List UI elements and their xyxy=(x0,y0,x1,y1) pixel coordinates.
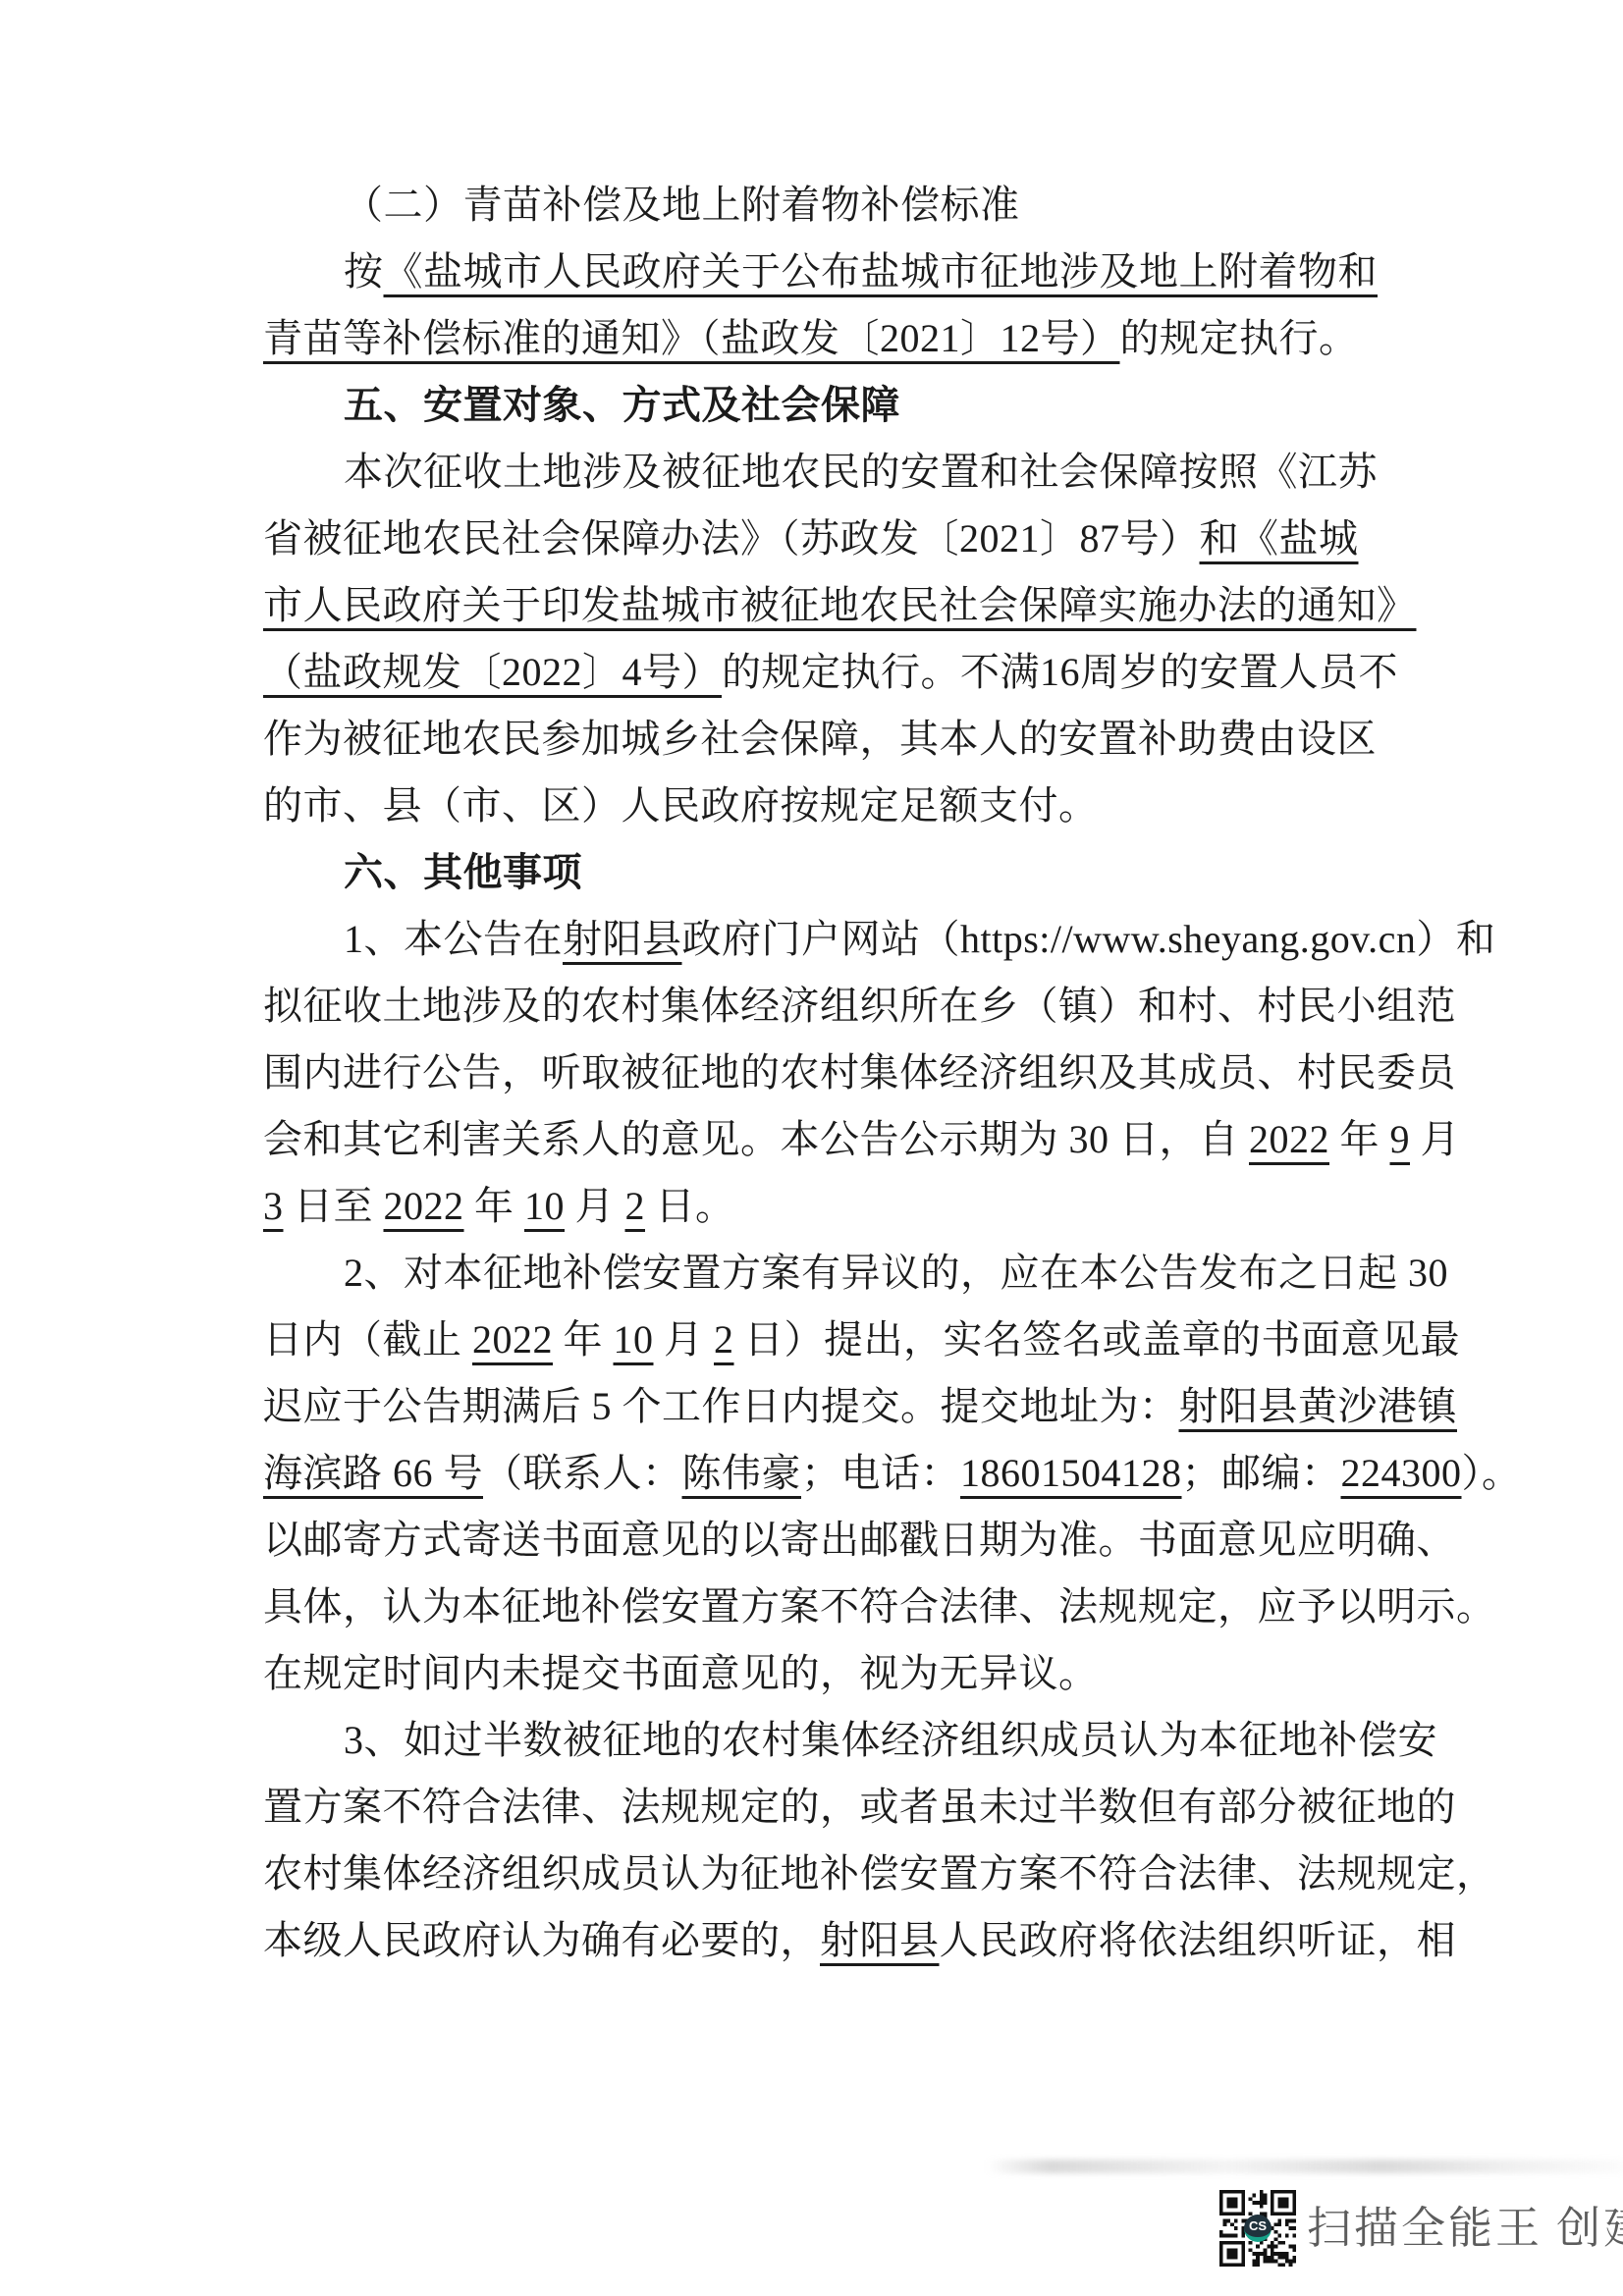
qr-code-icon: CS xyxy=(1219,2190,1296,2267)
document-line: 3 日至 2022 年 10 月 2 日。 xyxy=(263,1173,1353,1240)
camscanner-logo-badge: CS xyxy=(1244,2215,1271,2242)
text-run: 年 xyxy=(1329,1117,1390,1161)
document-line: 拟征收土地涉及的农村集体经济组织所在乡（镇）和村、村民小组范 xyxy=(263,973,1353,1040)
document-line: （盐政规发〔2022〕4号）的规定执行。不满16周岁的安置人员不 xyxy=(263,639,1353,706)
document-line: 本级人民政府认为确有必要的，射阳县人民政府将依法组织听证，相 xyxy=(263,1907,1353,1974)
underlined-text-run: 海滨路 66 号 xyxy=(263,1451,483,1495)
underlined-text-run: 陈伟豪 xyxy=(682,1451,802,1495)
scan-streak-artifact xyxy=(987,2160,1623,2173)
text-run: 的规定执行。 xyxy=(1120,316,1359,360)
underlined-text-run: 射阳县 xyxy=(820,1918,940,1962)
text-run: 月 xyxy=(565,1184,625,1228)
document-line: 农村集体经济组织成员认为征地补偿安置方案不符合法律、法规规定， xyxy=(263,1841,1353,1907)
text-run: 会和其它利害关系人的意见。本公告公示期为 30 日，自 xyxy=(263,1117,1249,1161)
text-run: 日内（截止 xyxy=(263,1317,472,1362)
text-run: 农村集体经济组织成员认为征地补偿安置方案不符合法律、法规规定， xyxy=(263,1851,1496,1896)
text-run: 的市、县（市、区）人民政府按规定足额支付。 xyxy=(263,783,1099,828)
text-run: ；邮编： xyxy=(1182,1451,1341,1495)
underlined-text-run: 2022 xyxy=(472,1317,553,1362)
document-heading-line: 六、其他事项 xyxy=(263,839,1353,906)
document-body: （二）青苗补偿及地上附着物补偿标准按《盐城市人民政府关于公布盐城市征地涉及地上附… xyxy=(263,172,1353,1974)
underlined-text-run: 10 xyxy=(614,1317,654,1362)
text-run: 日）提出，实名签名或盖章的书面意见最 xyxy=(734,1317,1461,1362)
document-line: 2、对本征地补偿安置方案有异议的，应在本公告发布之日起 30 xyxy=(263,1240,1353,1307)
text-run: 按 xyxy=(344,249,384,294)
document-line: 省被征地农民社会保障办法》（苏政发〔2021〕87号）和《盐城 xyxy=(263,506,1353,572)
document-line: 作为被征地农民参加城乡社会保障，其本人的安置补助费由设区 xyxy=(263,706,1353,773)
text-run: （二）青苗补偿及地上附着物补偿标准 xyxy=(344,183,1020,227)
underlined-text-run: 2 xyxy=(625,1184,646,1228)
text-run: 的规定执行。不满16周岁的安置人员不 xyxy=(722,650,1398,694)
text-run: 在规定时间内未提交书面意见的，视为无异议。 xyxy=(263,1651,1099,1695)
underlined-text-run: 市人民政府关于印发盐城市被征地农民社会保障实施办法的通知》 xyxy=(263,583,1417,627)
document-line: 的市、县（市、区）人民政府按规定足额支付。 xyxy=(263,773,1353,839)
text-run: 围内进行公告，听取被征地的农村集体经济组织及其成员、村民委员 xyxy=(263,1050,1456,1095)
underlined-text-run: 2022 xyxy=(1249,1117,1329,1161)
document-line: 市人民政府关于印发盐城市被征地农民社会保障实施办法的通知》 xyxy=(263,572,1353,639)
document-line: 海滨路 66 号（联系人：陈伟豪；电话：18601504128；邮编：22430… xyxy=(263,1440,1353,1507)
text-run: 本级人民政府认为确有必要的， xyxy=(263,1918,820,1962)
document-line: 按《盐城市人民政府关于公布盐城市征地涉及地上附着物和 xyxy=(263,239,1353,305)
underlined-text-run: 和《盐城 xyxy=(1200,516,1359,561)
document-line: 青苗等补偿标准的通知》（盐政发〔2021〕12号）的规定执行。 xyxy=(263,305,1353,372)
text-run: ；电话： xyxy=(801,1451,960,1495)
underlined-text-run: 射阳县 xyxy=(563,917,682,961)
text-run: （联系人： xyxy=(483,1451,682,1495)
document-line: 日内（截止 2022 年 10 月 2 日）提出，实名签名或盖章的书面意见最 xyxy=(263,1307,1353,1373)
underlined-text-run: 射阳县黄沙港镇 xyxy=(1179,1384,1458,1428)
text-run: 日。 xyxy=(645,1184,735,1228)
document-line: （二）青苗补偿及地上附着物补偿标准 xyxy=(263,172,1353,239)
text-run: 1、本公告在 xyxy=(344,917,563,961)
document-line: 会和其它利害关系人的意见。本公告公示期为 30 日，自 2022 年 9 月 xyxy=(263,1106,1353,1173)
document-line: 迟应于公告期满后 5 个工作日内提交。提交地址为：射阳县黄沙港镇 xyxy=(263,1373,1353,1440)
text-run: 省被征地农民社会保障办法》（苏政发〔2021〕87号） xyxy=(263,516,1200,561)
document-line: 置方案不符合法律、法规规定的，或者虽未过半数但有部分被征地的 xyxy=(263,1774,1353,1841)
underlined-text-run: 《盐城市人民政府关于公布盐城市征地涉及地上附着物和 xyxy=(384,249,1379,294)
text-run: 月 xyxy=(654,1317,715,1362)
document-heading-line: 五、安置对象、方式及社会保障 xyxy=(263,372,1353,439)
text-run: ）。 xyxy=(1462,1451,1522,1495)
document-line: 以邮寄方式寄送书面意见的以寄出邮戳日期为准。书面意见应明确、 xyxy=(263,1507,1353,1574)
underlined-text-run: 2 xyxy=(714,1317,734,1362)
text-run: 日至 xyxy=(284,1184,384,1228)
scanned-page: （二）青苗补偿及地上附着物补偿标准按《盐城市人民政府关于公布盐城市征地涉及地上附… xyxy=(0,0,1623,2296)
text-run: 五、安置对象、方式及社会保障 xyxy=(344,384,900,427)
text-run: 年 xyxy=(464,1184,525,1228)
text-run: 迟应于公告期满后 5 个工作日内提交。提交地址为： xyxy=(263,1384,1179,1428)
text-run: 人民政府将依法组织听证，相 xyxy=(940,1918,1457,1962)
text-run: 月 xyxy=(1410,1117,1460,1161)
text-run: 六、其他事项 xyxy=(344,851,582,894)
underlined-text-run: 224300 xyxy=(1341,1451,1462,1495)
underlined-text-run: 青苗等补偿标准的通知》（盐政发〔2021〕12号） xyxy=(263,316,1120,360)
document-line: 3、如过半数被征地的农村集体经济组织成员认为本征地补偿安 xyxy=(263,1707,1353,1774)
underlined-text-run: 10 xyxy=(524,1184,565,1228)
underlined-text-run: （盐政规发〔2022〕4号） xyxy=(263,650,722,694)
document-line: 本次征收土地涉及被征地农民的安置和社会保障按照《江苏 xyxy=(263,439,1353,506)
document-line: 具体，认为本征地补偿安置方案不符合法律、法规规定，应予以明示。 xyxy=(263,1574,1353,1640)
text-run: 具体，认为本征地补偿安置方案不符合法律、法规规定，应予以明示。 xyxy=(263,1584,1496,1629)
text-run: 以邮寄方式寄送书面意见的以寄出邮戳日期为准。书面意见应明确、 xyxy=(263,1518,1456,1562)
text-run: 年 xyxy=(553,1317,614,1362)
text-run: 2、对本征地补偿安置方案有异议的，应在本公告发布之日起 30 xyxy=(344,1251,1448,1295)
underlined-text-run: 3 xyxy=(263,1184,284,1228)
underlined-text-run: 2022 xyxy=(384,1184,464,1228)
underlined-text-run: 18601504128 xyxy=(960,1451,1182,1495)
text-run: 置方案不符合法律、法规规定的，或者虽未过半数但有部分被征地的 xyxy=(263,1785,1456,1829)
text-run: 政府门户网站（https://www.sheyang.gov.cn）和 xyxy=(682,917,1496,961)
camscanner-logo-text: CS xyxy=(1249,2219,1267,2232)
underlined-text-run: 9 xyxy=(1390,1117,1411,1161)
document-line: 1、本公告在射阳县政府门户网站（https://www.sheyang.gov.… xyxy=(263,906,1353,973)
document-line: 围内进行公告，听取被征地的农村集体经济组织及其成员、村民委员 xyxy=(263,1040,1353,1106)
text-run: 3、如过半数被征地的农村集体经济组织成员认为本征地补偿安 xyxy=(344,1718,1437,1762)
text-run: 本次征收土地涉及被征地农民的安置和社会保障按照《江苏 xyxy=(344,450,1378,494)
text-run: 拟征收土地涉及的农村集体经济组织所在乡（镇）和村、村民小组范 xyxy=(263,984,1456,1028)
text-run: 作为被征地农民参加城乡社会保障，其本人的安置补助费由设区 xyxy=(263,717,1377,761)
document-line: 在规定时间内未提交书面意见的，视为无异议。 xyxy=(263,1640,1353,1707)
camscanner-credit-text: 扫描全能王 创建 xyxy=(1307,2202,1623,2255)
